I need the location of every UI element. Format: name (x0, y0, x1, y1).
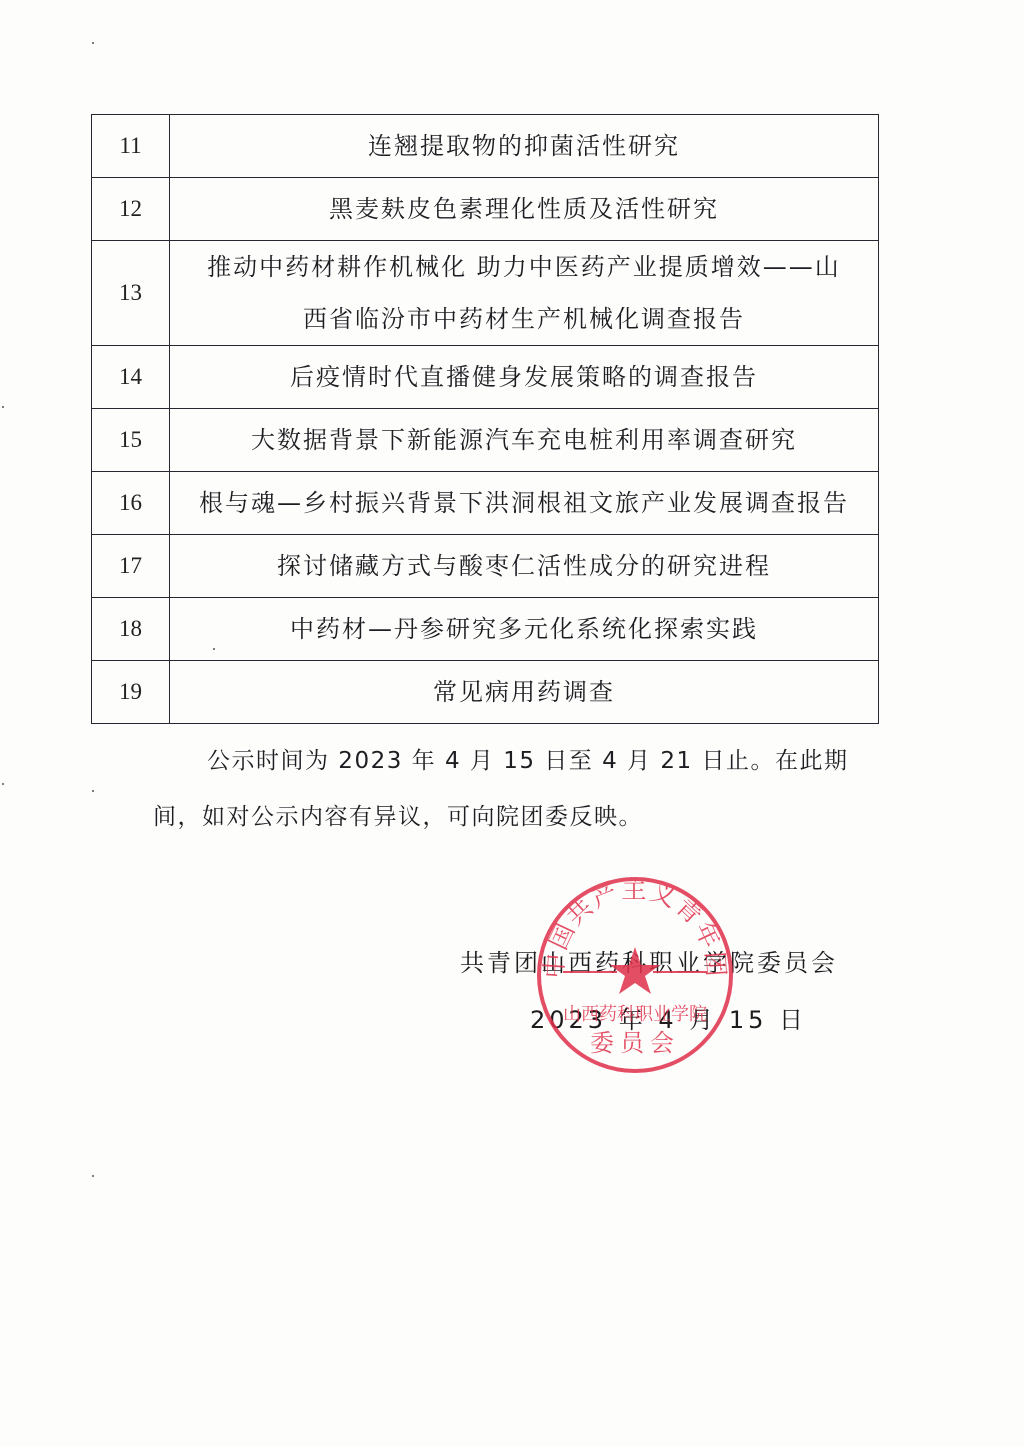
table-row: 14后疫情时代直播健身发展策略的调查报告 (92, 346, 879, 409)
issuing-organization: 共青团山西药科职业学院委员会 (460, 943, 838, 978)
table-row: 13推动中药材耕作机械化 助力中医药产业提质增效——山西省临汾市中药材生产机械化… (92, 241, 879, 346)
table-row: 17探讨储藏方式与酸枣仁活性成分的研究进程 (92, 535, 879, 598)
table-row: 16根与魂—乡村振兴背景下洪洞根祖文旅产业发展调查报告 (92, 472, 879, 535)
project-title: 探讨储藏方式与酸枣仁活性成分的研究进程 (170, 535, 879, 598)
project-title-line: 后疫情时代直播健身发展策略的调查报告 (170, 351, 878, 403)
project-title: 常见病用药调查 (170, 661, 879, 724)
table-row: 15大数据背景下新能源汽车充电桩利用率调查研究 (92, 409, 879, 472)
project-title-line: 中药材—丹参研究多元化系统化探索实践 (170, 603, 878, 655)
row-number: 14 (92, 346, 170, 409)
project-title-line: 根与魂—乡村振兴背景下洪洞根祖文旅产业发展调查报告 (170, 477, 878, 529)
document-page: 11连翘提取物的抑菌活性研究12黑麦麸皮色素理化性质及活性研究13推动中药材耕作… (0, 0, 1024, 1446)
project-title: 中药材—丹参研究多元化系统化探索实践 (170, 598, 879, 661)
project-title: 黑麦麸皮色素理化性质及活性研究 (170, 178, 879, 241)
row-number: 17 (92, 535, 170, 598)
row-number: 19 (92, 661, 170, 724)
project-title: 连翘提取物的抑菌活性研究 (170, 115, 879, 178)
project-title-line: 常见病用药调查 (170, 666, 878, 718)
project-title-line: 探讨储藏方式与酸枣仁活性成分的研究进程 (170, 540, 878, 592)
issue-date: 2023 年 4 月 15 日 (530, 1000, 807, 1035)
notice-line-1: 公示时间为 2023 年 4 月 15 日至 4 月 21 日止。在此期 (207, 748, 848, 774)
project-title-line: 推动中药材耕作机械化 助力中医药产业提质增效——山 (170, 241, 878, 293)
row-number: 11 (92, 115, 170, 178)
row-number: 12 (92, 178, 170, 241)
table-row: 19常见病用药调查 (92, 661, 879, 724)
project-title-line: 黑麦麸皮色素理化性质及活性研究 (170, 183, 878, 235)
project-title-line: 连翘提取物的抑菌活性研究 (170, 120, 878, 172)
project-title: 大数据背景下新能源汽车充电桩利用率调查研究 (170, 409, 879, 472)
table-row: 11连翘提取物的抑菌活性研究 (92, 115, 879, 178)
notice-paragraph: 公示时间为 2023 年 4 月 15 日至 4 月 21 日止。在此期 间，如… (153, 733, 873, 845)
row-number: 15 (92, 409, 170, 472)
table-row: 12黑麦麸皮色素理化性质及活性研究 (92, 178, 879, 241)
row-number: 18 (92, 598, 170, 661)
project-title: 后疫情时代直播健身发展策略的调查报告 (170, 346, 879, 409)
project-list-table: 11连翘提取物的抑菌活性研究12黑麦麸皮色素理化性质及活性研究13推动中药材耕作… (91, 114, 879, 724)
row-number: 13 (92, 241, 170, 346)
project-title-line: 大数据背景下新能源汽车充电桩利用率调查研究 (170, 414, 878, 466)
table-row: 18中药材—丹参研究多元化系统化探索实践 (92, 598, 879, 661)
row-number: 16 (92, 472, 170, 535)
project-title: 根与魂—乡村振兴背景下洪洞根祖文旅产业发展调查报告 (170, 472, 879, 535)
notice-line-2: 间，如对公示内容有异议，可向院团委反映。 (153, 804, 643, 830)
project-title: 推动中药材耕作机械化 助力中医药产业提质增效——山西省临汾市中药材生产机械化调查… (170, 241, 879, 346)
project-title-line: 西省临汾市中药材生产机械化调查报告 (170, 293, 878, 345)
